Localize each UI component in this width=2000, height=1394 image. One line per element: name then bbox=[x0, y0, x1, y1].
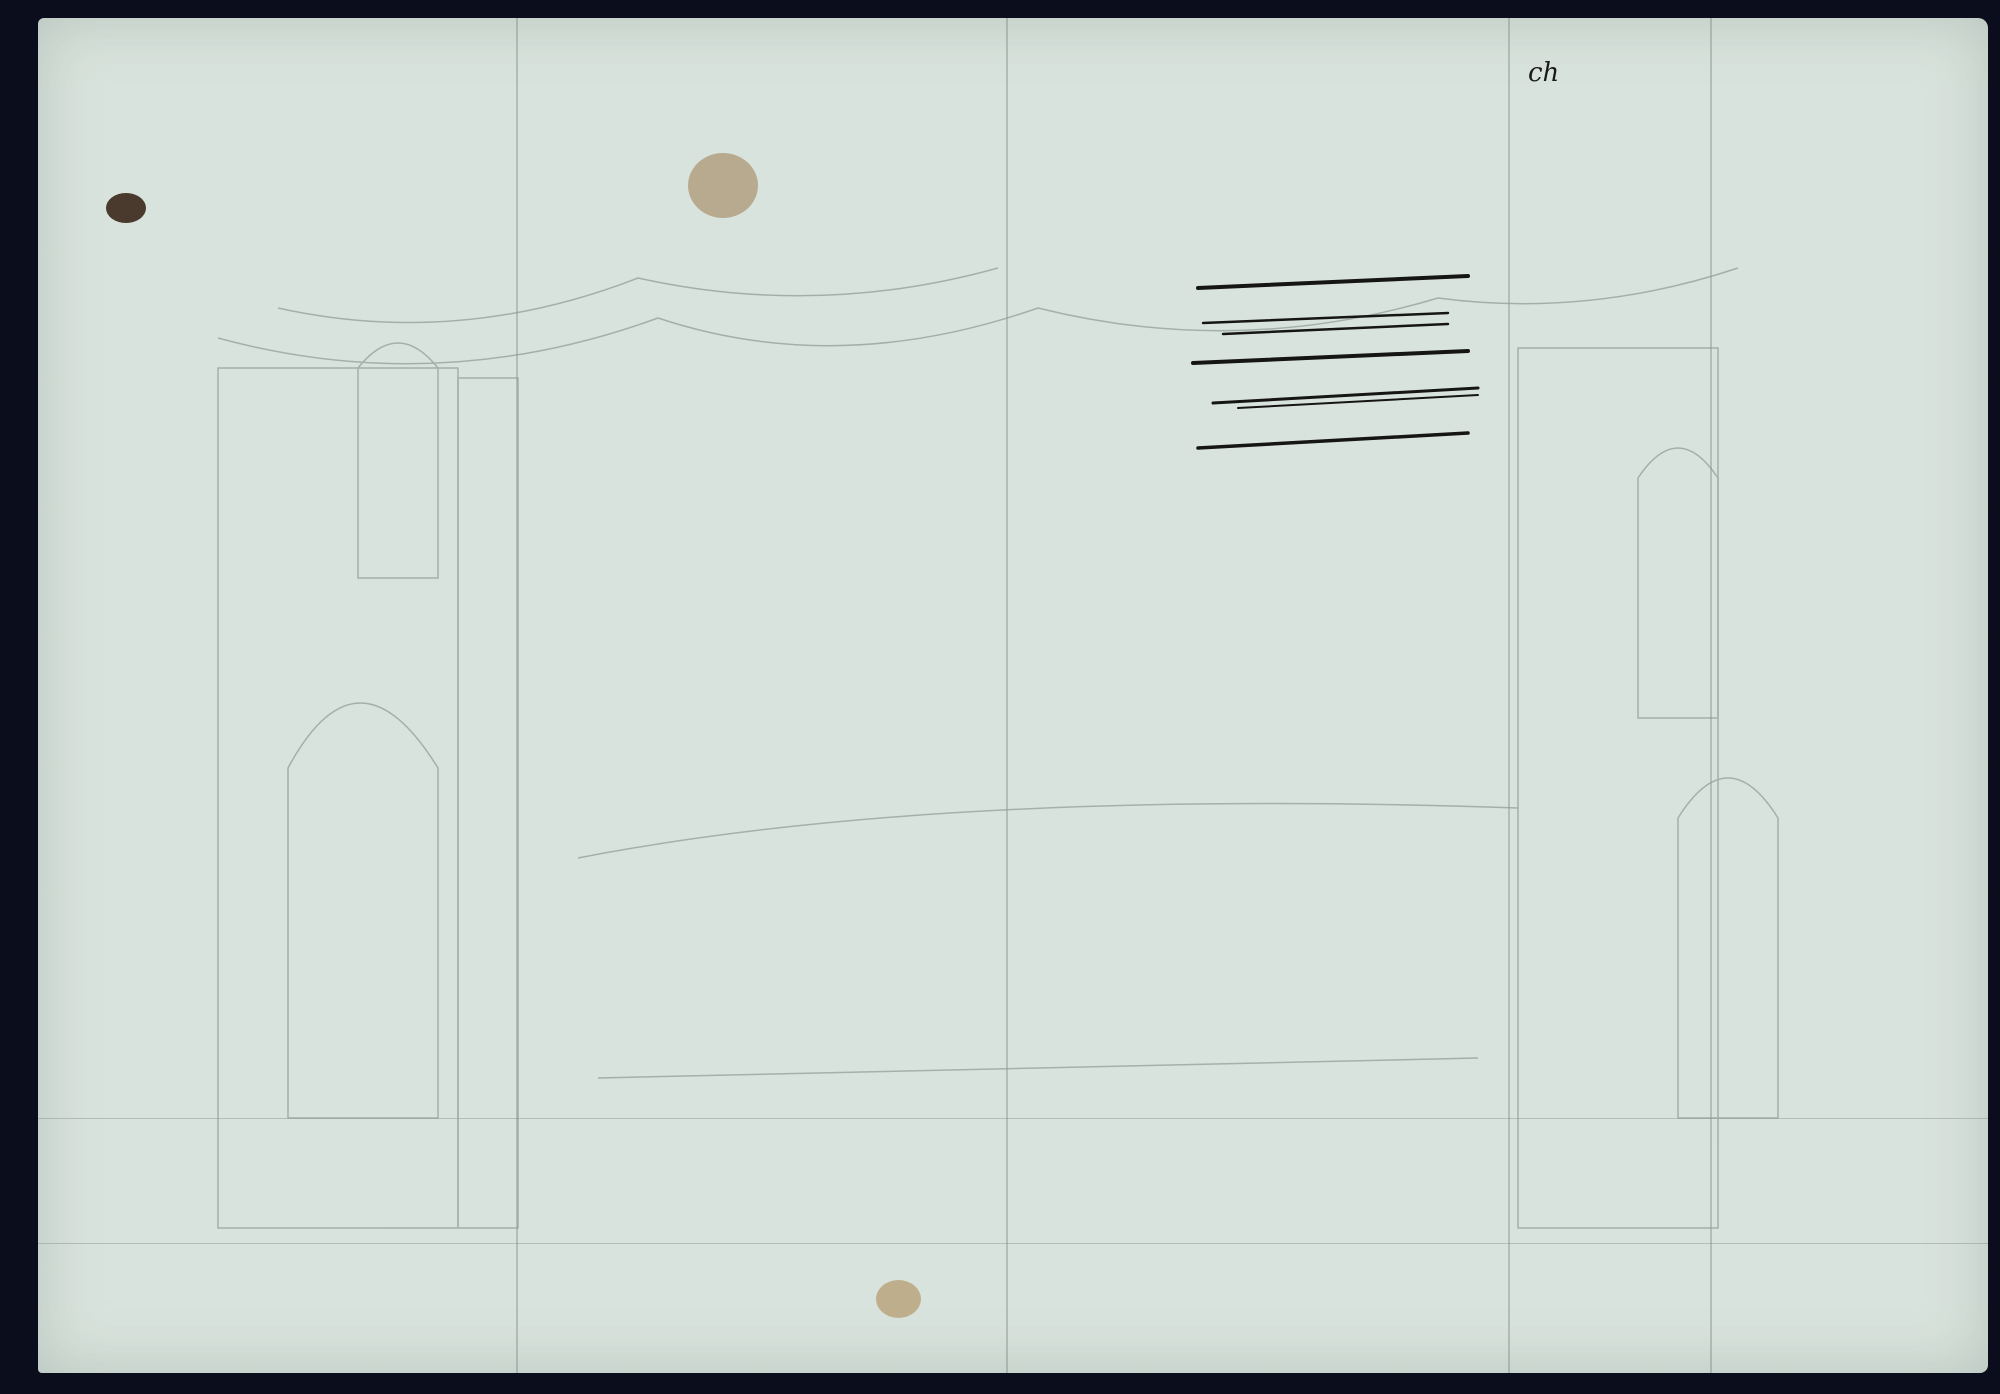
paper-sheet: ch bbox=[38, 18, 1988, 1373]
ink-strokes bbox=[1193, 276, 1478, 448]
drawing bbox=[38, 18, 1988, 1373]
